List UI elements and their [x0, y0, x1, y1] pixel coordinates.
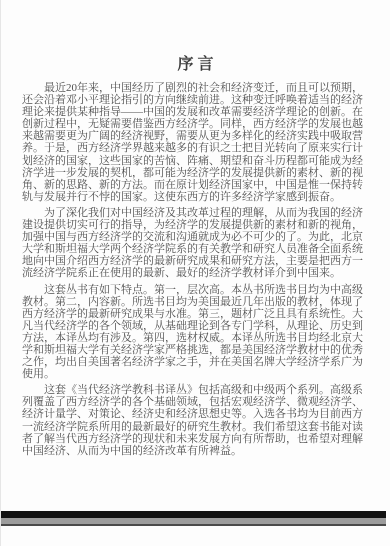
text-line: 理论来提供某种指导——中国的发展和改革需要经济学理论的创新。在	[22, 106, 370, 118]
text-line: 养。于是，西方经济学界越来越多的有识之士把目光转向了原来实行计	[22, 142, 370, 154]
text-line: 角、新的思路、新的方法。而在原计划经济国家中，中国是惟一保持转	[22, 179, 370, 191]
scan-edge-artifact	[1, 511, 386, 526]
page-title: 序言	[1, 51, 390, 74]
text-line: 凡当代经济学的各个领域，从基础理论到各专门学科，从理论、历史到	[22, 320, 370, 332]
text-line: 经济计量学、对策论、经济史和经济思想史等。入选各书均为目前西方	[22, 408, 370, 420]
text-line: 地向中国介绍西方经济学的最新研究成果和研究方法，主要是把西方一	[22, 255, 370, 267]
text-line: 者了解当代西方经济学的现状和未来发展方向有所帮助，也希望对理解	[22, 433, 370, 445]
text-line: 来越需要更为广阔的经济视野，需要从更为多样化的经济实践中吸取营	[22, 130, 370, 142]
text-line: 使用。	[22, 368, 370, 380]
text-line: 流经济学院系正在使用的最新、最好的经济学教材译介到中国来。	[22, 267, 370, 279]
text-line: 中国经济、从而为中国的经济改革有所裨益。	[22, 445, 370, 457]
text-line: 这套丛书有如下特点。第一，层次高。本丛书所选书目均为中高级	[22, 284, 370, 296]
text-line: 方法，本译丛均有涉及。第四，选材权威。本译丛所选书目均经北京大	[22, 332, 370, 344]
text-line: 列覆盖了西方经济学的各个基础领域，包括宏观经济学、微观经济学、	[22, 396, 370, 408]
text-line: 学和斯坦福大学有关经济学家严格挑选，都是美国经济学教材中的优秀	[22, 344, 370, 356]
scanned-preface-page: 序言 最近20年来，中国经历了剧烈的社会和经济变迁，而且可以预期，还会沿着邓小平…	[0, 0, 390, 546]
text-line: 创新过程中，无疑需要借鉴西方经济学。同样，西方经济学的发展也越	[22, 118, 370, 130]
text-line: 最近20年来，中国经历了剧烈的社会和经济变迁，而且可以预期，	[22, 82, 370, 94]
paragraph: 最近20年来，中国经历了剧烈的社会和经济变迁，而且可以预期，还会沿着邓小平理论指…	[22, 82, 370, 203]
scan-band-black-stripe	[1, 511, 386, 518]
text-line: 这套《当代经济学教科书译丛》包括高级和中级两个系列。高级系	[22, 384, 370, 396]
text-line: 济学进一步发展的契机，都可能为经济学的发展提供新的素材、新的视	[22, 167, 370, 179]
text-line: 还会沿着邓小平理论指引的方向继续前进。这种变迁呼唤着适当的经济	[22, 94, 370, 106]
text-line: 加强中国与西方经济学的交流和沟通就成为必不可少的了。为此，北京	[22, 231, 370, 243]
paragraph: 这套《当代经济学教科书译丛》包括高级和中级两个系列。高级系列覆盖了西方经济学的各…	[22, 384, 370, 457]
scan-band-dark-stripe	[1, 524, 386, 526]
paragraph: 这套丛书有如下特点。第一，层次高。本丛书所选书目均为中高级教材。第二，内容新。所…	[22, 284, 370, 381]
text-line: 大学和斯坦福大学两个经济学院系的有关教学和研究人员准备全面系统	[22, 243, 370, 255]
paragraph: 为了深化我们对中国经济及其改革过程的理解，从而为我国的经济建设提供切实可行的指导…	[22, 207, 370, 280]
preface-body: 最近20年来，中国经历了剧烈的社会和经济变迁，而且可以预期，还会沿着邓小平理论指…	[22, 82, 370, 461]
text-line: 建设提供切实可行的指导，为经济学的发展提供新的素材和新的视角，	[22, 219, 370, 231]
text-line: 一流经济学院系所用的最新最好的研究生教材。我们希望这套书能对读	[22, 421, 370, 433]
text-line: 轨与发展并行不悖的国家。这使东西方的许多经济学家感到振奋。	[22, 191, 370, 203]
text-line: 为了深化我们对中国经济及其改革过程的理解，从而为我国的经济	[22, 207, 370, 219]
text-line: 教材。第二，内容新。所选书目均为美国最近几年出版的教材，体现了	[22, 296, 370, 308]
text-line: 西方经济学的最新研究成果与水准。第三，题材广泛且具有系统性。大	[22, 308, 370, 320]
text-line: 之作，均出自美国著名经济学家之手，并在美国名牌大学经济学系广为	[22, 356, 370, 368]
text-line: 划经济的国家，这些国家的苦恼、阵痛、期望和奋斗历程都可能成为经	[22, 155, 370, 167]
